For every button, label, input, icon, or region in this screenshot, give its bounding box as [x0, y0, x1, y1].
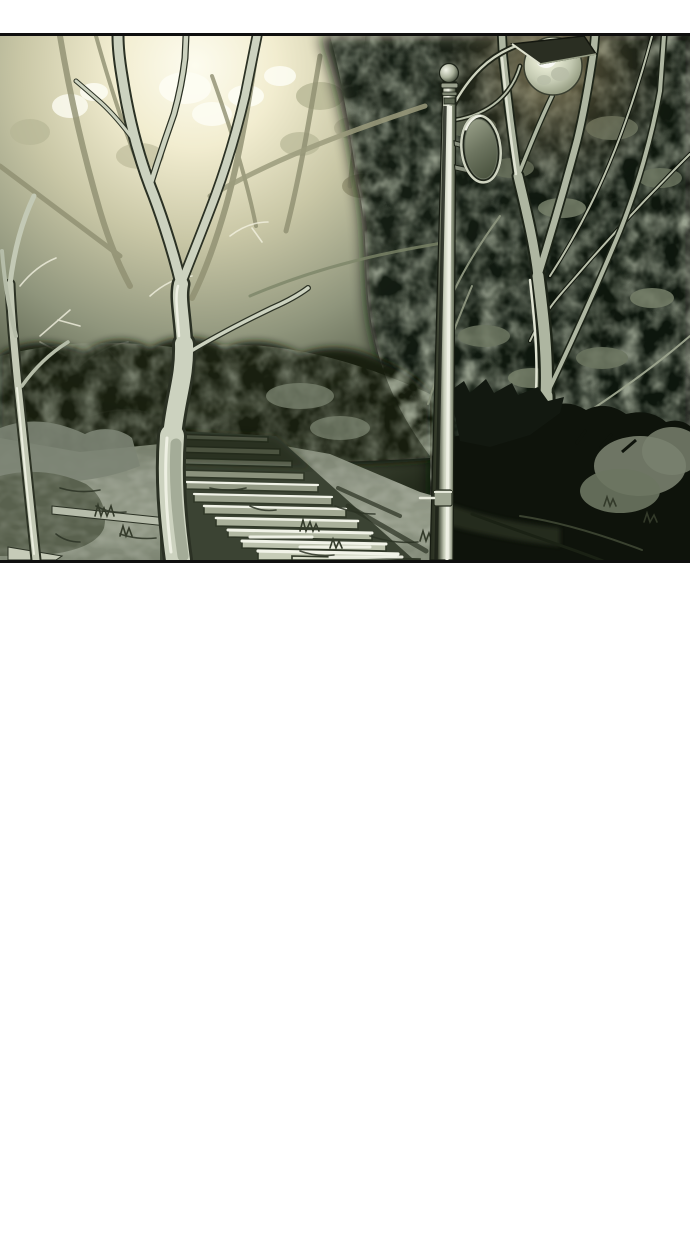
- page-top-whitespace: [0, 0, 690, 33]
- webtoon-page: [0, 0, 690, 1240]
- comic-panel: [0, 33, 690, 563]
- lamppost-finial-ball: [440, 64, 459, 83]
- panel-artwork: [0, 36, 690, 560]
- page-bottom-whitespace: [0, 563, 690, 1240]
